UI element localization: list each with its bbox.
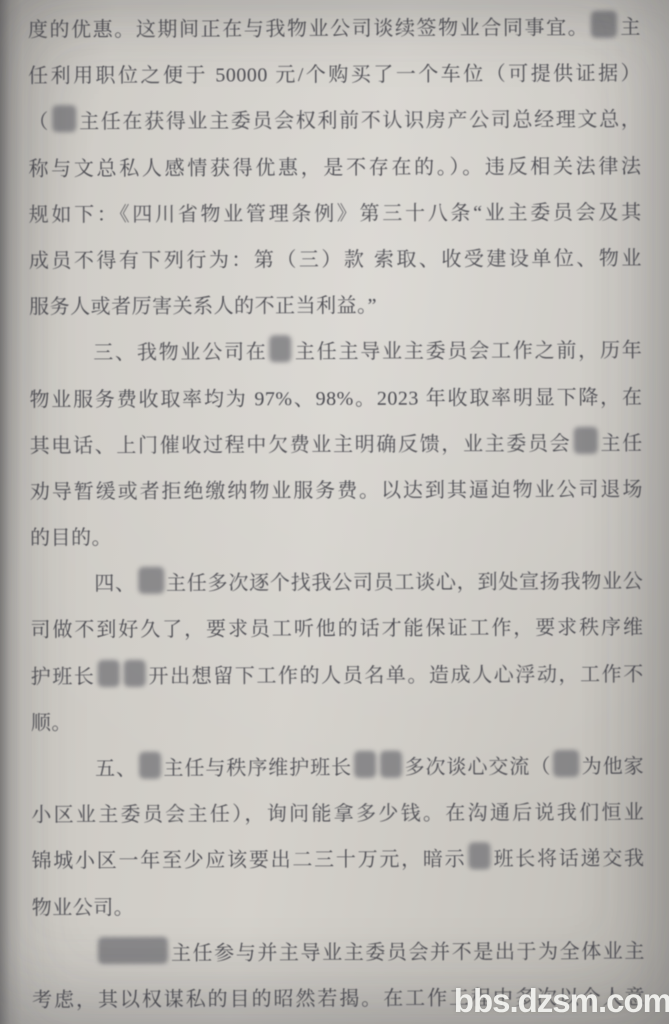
text-run: （ xyxy=(28,112,50,134)
redaction-mark xyxy=(97,660,119,687)
text-run: 为他家 xyxy=(581,756,644,778)
document-line: 司做不到好久了，要求员工听他的话才能保证工作，要求秩序维 xyxy=(30,605,643,654)
document-line: 四、主任多次逐个找我公司员工谈心，到处宣扬我物业公 xyxy=(30,559,643,608)
redaction-mark xyxy=(380,751,402,778)
text-run: 度的优惠。这期间正在与我物业公司谈续签物业合同事宜。 xyxy=(28,17,590,41)
text-run: 物业服务费收取率均为 97%、98%。2023 年收取率明显下降，在 xyxy=(29,386,642,411)
text-run: 主任在获得业主委员会权利前不认识房产公司总经理文总， xyxy=(78,109,641,133)
text-run: 的目的。 xyxy=(30,527,112,549)
document-line: 物业公司。 xyxy=(32,882,645,931)
text-run: 开出想留下工作的人员名单。造成人心浮动，工作不 xyxy=(147,663,643,687)
document-line: 锦城小区一年至少应该要出二三十万元，暗示班长将话递交我 xyxy=(31,836,644,885)
document-line: 三、我物业公司在主任主导业主委员会工作之前，历年 xyxy=(29,328,642,377)
redaction-mark xyxy=(123,659,145,686)
text-run: 服务人或者厉害关系人的不正当利益。” xyxy=(29,295,377,319)
text-run: 班长将话递交我 xyxy=(492,848,644,871)
text-run: 称与文总私人感情获得优惠，是不存在的。）。违反相关法律法 xyxy=(28,155,641,180)
redaction-mark xyxy=(98,936,168,963)
document-page: 度的优惠。这期间正在与我物业公司谈续签物业合同事宜。主任利用职位之便于 5000… xyxy=(28,5,645,1024)
document-line: 称与文总私人感情获得优惠，是不存在的。）。违反相关法律法 xyxy=(28,143,641,192)
text-run: 主任主导业主委员会工作之前，历年 xyxy=(294,340,643,364)
text-run: 主任多次逐个找我公司员工谈心，到处宣扬我物业公 xyxy=(166,571,644,595)
photographed-document: 度的优惠。这期间正在与我物业公司谈续签物业合同事宜。主任利用职位之便于 5000… xyxy=(0,0,669,1024)
text-run: 规如下：《四川省物业管理条例》第三十八条“业主委员会及其 xyxy=(29,201,642,226)
redaction-mark xyxy=(468,843,490,870)
text-run: 物业公司。 xyxy=(32,896,135,918)
document-line: 劝导暂缓或者拒绝缴纳物业服务费。以达到其逼迫物业公司退场 xyxy=(30,467,643,516)
redaction-mark xyxy=(553,750,579,777)
text-run: 司做不到好久了，要求员工听他的话才能保证工作，要求秩序维 xyxy=(30,617,643,642)
document-line: 其电话、上门催收过程中欠费业主明确反馈，业主委员会主任 xyxy=(30,420,643,469)
redaction-mark xyxy=(138,567,164,594)
watermark: bbs.dzsm.com xyxy=(454,982,669,1020)
redaction-mark xyxy=(52,106,76,133)
text-run: 顺。 xyxy=(31,712,72,734)
text-run: 主任与秩序维护班长 xyxy=(163,757,352,780)
document-line: 五、主任与秩序维护班长多次谈心交流（为他家 xyxy=(31,744,644,793)
document-line: 的目的。 xyxy=(30,513,643,562)
redaction-mark xyxy=(591,11,617,38)
document-line: 物业服务费收取率均为 97%、98%。2023 年收取率明显下降，在 xyxy=(29,374,642,423)
text-run: 主 xyxy=(619,17,641,39)
text-run: 任利用职位之便于 50000 元/个购买了一个车位（可提供证据） xyxy=(28,63,641,88)
redaction-mark xyxy=(354,751,376,778)
text-run: 成员不得有下列行为：第（三）款 索取、收受建设单位、物业 xyxy=(29,248,642,273)
redaction-mark xyxy=(270,336,292,363)
document-line: 护班长开出想留下工作的人员名单。造成人心浮动，工作不 xyxy=(31,651,644,700)
text-run: 主任参与并主导业主委员会并不是出于为全体业主 xyxy=(170,940,645,964)
document-line: 小区业主委员会主任），询问能拿多少钱。在沟通后说我们恒业 xyxy=(31,790,644,839)
text-run: 其电话、上门催收过程中欠费业主明确反馈，业主委员会 xyxy=(30,433,572,457)
document-line: 主任参与并主导业主委员会并不是出于为全体业主 xyxy=(32,928,645,977)
text-run: 多次谈心交流（ xyxy=(404,756,551,779)
text-run: 小区业主委员会主任），询问能拿多少钱。在沟通后说我们恒业 xyxy=(31,802,644,827)
document-line: 任利用职位之便于 50000 元/个购买了一个车位（可提供证据） xyxy=(28,51,641,100)
document-line: 顺。 xyxy=(31,697,644,746)
redaction-mark xyxy=(139,752,161,779)
text-run: 三、我物业公司在 xyxy=(93,342,267,365)
text-run: 四、 xyxy=(94,573,136,595)
text-run: 锦城小区一年至少应该要出二三十万元，暗示 xyxy=(31,849,466,873)
redaction-mark xyxy=(573,427,597,454)
text-run: 护班长 xyxy=(31,666,96,688)
document-line: 规如下：《四川省物业管理条例》第三十八条“业主委员会及其 xyxy=(29,189,642,238)
document-line: （主任在获得业主委员会权利前不认识房产公司总经理文总， xyxy=(28,97,641,146)
text-run: 五、 xyxy=(95,758,137,780)
document-line: 服务人或者厉害关系人的不正当利益。” xyxy=(29,282,642,331)
text-run: 劝导暂缓或者拒绝缴纳物业服务费。以达到其逼迫物业公司退场 xyxy=(30,479,643,504)
document-line: 成员不得有下列行为：第（三）款 索取、收受建设单位、物业 xyxy=(29,236,642,285)
document-line: 度的优惠。这期间正在与我物业公司谈续签物业合同事宜。主 xyxy=(28,5,641,54)
text-run: 主任 xyxy=(599,432,642,454)
